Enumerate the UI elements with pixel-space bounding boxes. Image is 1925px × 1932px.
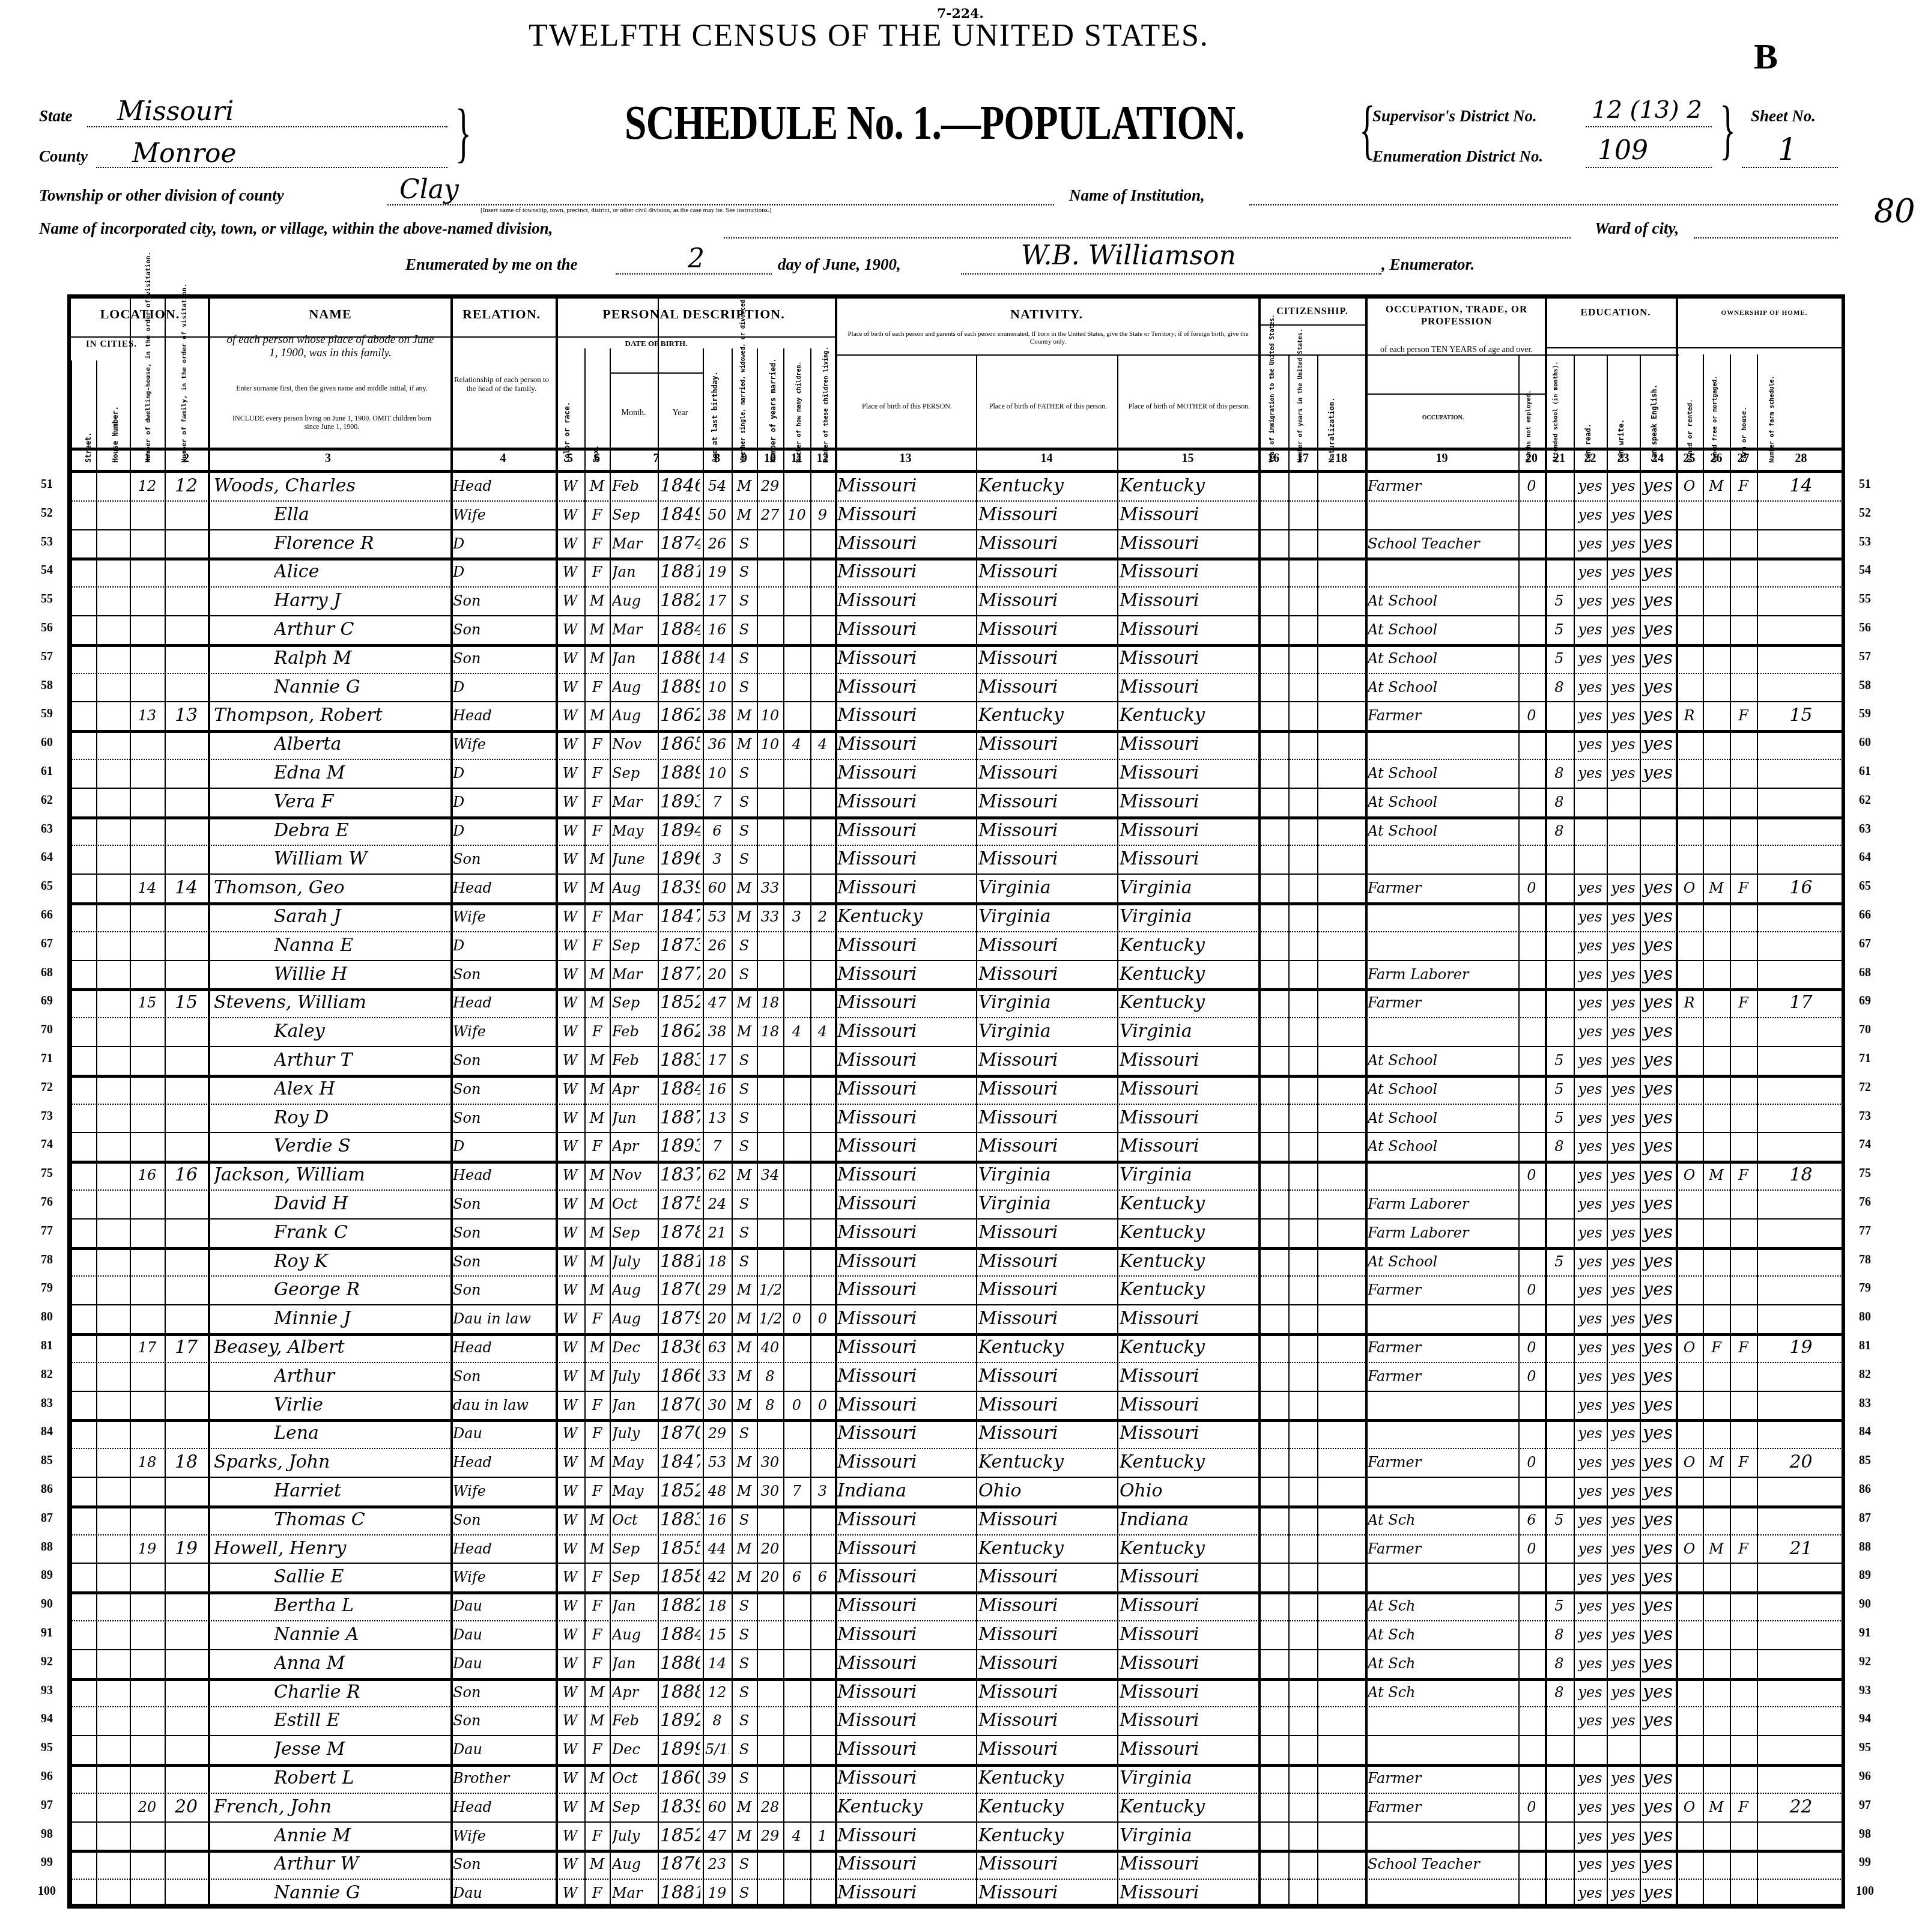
cell-yrs-married[interactable]: 34 [759,1162,781,1188]
cell-owned[interactable]: O [1678,1162,1700,1188]
cell-age[interactable]: 13 [705,1105,729,1131]
cell-sex[interactable]: M [587,989,607,1016]
cell-write[interactable]: yes [1609,875,1637,901]
cell-color[interactable]: W [558,473,582,499]
cell-mother[interactable]: Missouri [1120,1679,1256,1706]
cell-year[interactable]: 1875 [660,1191,700,1217]
cell-birth[interactable]: Missouri [837,1363,974,1390]
cell-month[interactable]: Jan [612,1650,655,1677]
cell-english[interactable]: yes [1642,588,1673,614]
cell-farm[interactable]: F [1732,473,1754,499]
cell-yrs-married[interactable]: 29 [759,1823,781,1849]
cell-relation[interactable]: Dau [453,1420,553,1447]
cell-mother[interactable]: Missouri [1120,1420,1256,1447]
cell-name[interactable]: George R [274,1277,442,1303]
cell-marital[interactable]: M [734,473,754,499]
cell-name[interactable]: Alex H [274,1076,442,1102]
cell-age[interactable]: 50 [705,502,729,528]
cell-relation[interactable]: Dau [453,1621,553,1648]
cell-english[interactable]: yes [1642,760,1673,786]
cell-marital[interactable]: M [734,1305,754,1332]
cell-name[interactable]: Arthur W [274,1851,442,1877]
cell-yrs-married[interactable]: 1/2 [759,1305,781,1332]
cell-relation[interactable]: Dau [453,1593,553,1619]
cell-father[interactable]: Virginia [978,1162,1115,1188]
cell-color[interactable]: W [558,1277,582,1303]
cell-write[interactable]: yes [1609,702,1637,729]
cell-sex[interactable]: M [587,1536,607,1562]
cell-read[interactable]: yes [1576,1621,1604,1648]
cell-month[interactable]: Mar [612,904,655,930]
cell-age[interactable]: 12 [705,1679,729,1706]
cell-name[interactable]: Kaley [274,1018,442,1045]
cell-birth[interactable]: Missouri [837,760,974,786]
cell-read[interactable]: yes [1576,731,1604,758]
cell-unemployed[interactable]: 0 [1521,473,1542,499]
cell-father[interactable]: Kentucky [978,1823,1115,1849]
cell-read[interactable]: yes [1576,1420,1604,1447]
cell-marital[interactable]: S [734,559,754,585]
cell-mother[interactable]: Missouri [1120,1593,1256,1619]
cell-occupation[interactable]: Farmer [1368,473,1516,499]
cell-school[interactable]: 8 [1547,1621,1571,1648]
cell-relation[interactable]: D [453,1133,553,1159]
cell-father[interactable]: Missouri [978,559,1115,585]
cell-english[interactable]: yes [1642,1363,1673,1390]
cell-unemployed[interactable]: 0 [1521,1536,1542,1562]
cell-relation[interactable]: Dau in law [453,1305,553,1332]
cell-age[interactable]: 33 [705,1363,729,1390]
cell-english[interactable]: yes [1642,1707,1673,1734]
cell-mother[interactable]: Missouri [1120,818,1256,844]
cell-year[interactable]: 1862 [660,1018,700,1045]
cell-marital[interactable]: S [734,1248,754,1275]
cell-sex[interactable]: F [587,1392,607,1418]
cell-birth[interactable]: Missouri [837,846,974,872]
cell-year[interactable]: 1887 [660,1105,700,1131]
cell-english[interactable]: yes [1642,473,1673,499]
cell-color[interactable]: W [558,1621,582,1648]
cell-father[interactable]: Missouri [978,1392,1115,1418]
cell-name[interactable]: Vera F [274,789,442,815]
cell-write[interactable]: yes [1609,1650,1637,1677]
cell-free[interactable]: M [1705,473,1727,499]
cell-occupation[interactable]: Farmer [1368,702,1516,729]
cell-read[interactable]: yes [1576,961,1604,988]
cell-birth[interactable]: Missouri [837,1823,974,1849]
cell-color[interactable]: W [558,559,582,585]
cell-year[interactable]: 1839 [660,1794,700,1820]
cell-age[interactable]: 53 [705,1449,729,1475]
cell-mother[interactable]: Missouri [1120,1621,1256,1648]
cell-english[interactable]: yes [1642,1105,1673,1131]
cell-unemployed[interactable]: 0 [1521,1449,1542,1475]
cell-read[interactable]: yes [1576,1334,1604,1361]
cell-age[interactable]: 44 [705,1536,729,1562]
cell-relation[interactable]: Wife [453,904,553,930]
cell-name[interactable]: Nannie A [274,1621,442,1648]
cell-sex[interactable]: M [587,1248,607,1275]
cell-marital[interactable]: M [734,1392,754,1418]
cell-relation[interactable]: Head [453,1162,553,1188]
cell-father[interactable]: Missouri [978,1133,1115,1159]
cell-read[interactable]: yes [1576,989,1604,1016]
cell-owned[interactable]: R [1678,989,1700,1016]
cell-month[interactable]: Sep [612,1220,655,1246]
cell-relation[interactable]: Son [453,1248,553,1275]
cell-year[interactable]: 1862 [660,702,700,729]
cell-color[interactable]: W [558,1765,582,1791]
cell-school[interactable]: 5 [1547,1076,1571,1102]
cell-birth[interactable]: Missouri [837,702,974,729]
cell-birth[interactable]: Missouri [837,1880,974,1906]
cell-mother[interactable]: Kentucky [1120,1277,1256,1303]
cell-month[interactable]: Aug [612,875,655,901]
cell-month[interactable]: June [612,846,655,872]
cell-age[interactable]: 15 [705,1621,729,1648]
cell-marital[interactable]: S [734,645,754,672]
cell-age[interactable]: 26 [705,530,729,557]
cell-schedule[interactable]: 20 [1759,1449,1843,1475]
cell-write[interactable]: yes [1609,1851,1637,1877]
cell-month[interactable]: Nov [612,731,655,758]
cell-mother[interactable]: Missouri [1120,502,1256,528]
cell-occupation[interactable]: Farmer [1368,875,1516,901]
cell-year[interactable]: 1836 [660,1334,700,1361]
cell-birth[interactable]: Missouri [837,1133,974,1159]
cell-birth[interactable]: Missouri [837,1621,974,1648]
cell-english[interactable]: yes [1642,1536,1673,1562]
cell-age[interactable]: 38 [705,1018,729,1045]
cell-school[interactable]: 5 [1547,1507,1571,1533]
cell-name[interactable]: Nannie G [274,1880,442,1906]
cell-mother[interactable]: Ohio [1120,1478,1256,1504]
cell-sex[interactable]: M [587,1334,607,1361]
cell-birth[interactable]: Missouri [837,588,974,614]
cell-year[interactable]: 1886 [660,1650,700,1677]
cell-yrs-married[interactable]: 20 [759,1564,781,1590]
cell-english[interactable]: yes [1642,1478,1673,1504]
cell-mother[interactable]: Missouri [1120,559,1256,585]
cell-mother[interactable]: Virginia [1120,904,1256,930]
cell-father[interactable]: Missouri [978,530,1115,557]
cell-father[interactable]: Kentucky [978,702,1115,729]
cell-color[interactable]: W [558,818,582,844]
cell-color[interactable]: W [558,1679,582,1706]
cell-read[interactable]: yes [1576,1823,1604,1849]
cell-year[interactable]: 1870 [660,1420,700,1447]
cell-marital[interactable]: M [734,989,754,1016]
cell-year[interactable]: 1879 [660,1305,700,1332]
cell-yrs-married[interactable]: 18 [759,1018,781,1045]
cell-schedule[interactable]: 21 [1759,1536,1843,1562]
cell-write[interactable]: yes [1609,1880,1637,1906]
cell-year[interactable]: 1847 [660,1449,700,1475]
cell-month[interactable]: July [612,1420,655,1447]
cell-english[interactable]: yes [1642,1564,1673,1590]
cell-occupation[interactable]: At Sch [1368,1507,1516,1533]
cell-read[interactable]: yes [1576,1880,1604,1906]
cell-owned[interactable]: R [1678,702,1700,729]
cell-mother[interactable]: Kentucky [1120,702,1256,729]
cell-read[interactable]: yes [1576,1593,1604,1619]
cell-family[interactable]: 12 [167,473,205,499]
cell-father[interactable]: Missouri [978,502,1115,528]
cell-month[interactable]: Aug [612,1621,655,1648]
cell-farm[interactable]: F [1732,989,1754,1016]
cell-father[interactable]: Missouri [978,932,1115,959]
sheet-field[interactable]: 1 [1778,132,1797,167]
cell-relation[interactable]: Son [453,1220,553,1246]
cell-write[interactable]: yes [1609,1220,1637,1246]
cell-family[interactable]: 17 [167,1334,205,1361]
cell-yrs-married[interactable]: 27 [759,502,781,528]
cell-year[interactable]: 1865 [660,731,700,758]
cell-month[interactable]: Sep [612,1564,655,1590]
cell-name[interactable]: Ella [274,502,442,528]
cell-name[interactable]: Howell, Henry [214,1536,442,1562]
cell-yrs-married[interactable]: 33 [759,875,781,901]
cell-year[interactable]: 1892 [660,1707,700,1734]
cell-birth[interactable]: Missouri [837,1449,974,1475]
cell-name[interactable]: Thompson, Robert [214,702,442,729]
cell-english[interactable]: yes [1642,875,1673,901]
cell-occupation[interactable]: Farm Laborer [1368,1191,1516,1217]
cell-color[interactable]: W [558,674,582,700]
cell-write[interactable]: yes [1609,1478,1637,1504]
cell-month[interactable]: July [612,1363,655,1390]
cell-marital[interactable]: S [734,1707,754,1734]
cell-year[interactable]: 1893 [660,1133,700,1159]
cell-write[interactable]: yes [1609,1420,1637,1447]
cell-birth[interactable]: Missouri [837,961,974,988]
cell-occupation[interactable]: At School [1368,760,1516,786]
cell-read[interactable]: yes [1576,1162,1604,1188]
cell-read[interactable]: yes [1576,1507,1604,1533]
cell-year[interactable]: 1870 [660,1277,700,1303]
cell-english[interactable]: yes [1642,1679,1673,1706]
cell-marital[interactable]: S [734,1621,754,1648]
cell-dwelling[interactable]: 18 [132,1449,162,1475]
cell-sex[interactable]: F [587,760,607,786]
cell-school[interactable]: 8 [1547,1133,1571,1159]
cell-marital[interactable]: S [734,1105,754,1131]
cell-name[interactable]: Stevens, William [214,989,442,1016]
cell-sex[interactable]: M [587,702,607,729]
cell-mother[interactable]: Missouri [1120,1392,1256,1418]
cell-year[interactable]: 1852 [660,1478,700,1504]
cell-birth[interactable]: Missouri [837,1392,974,1418]
cell-write[interactable]: yes [1609,1707,1637,1734]
cell-marital[interactable]: S [734,530,754,557]
cell-mother[interactable]: Kentucky [1120,1220,1256,1246]
cell-color[interactable]: W [558,1133,582,1159]
cell-father[interactable]: Missouri [978,1621,1115,1648]
cell-marital[interactable]: S [734,760,754,786]
cell-family[interactable]: 14 [167,875,205,901]
cell-color[interactable]: W [558,1162,582,1188]
cell-family[interactable]: 19 [167,1536,205,1562]
cell-color[interactable]: W [558,1047,582,1074]
cell-year[interactable]: 1852 [660,989,700,1016]
cell-month[interactable]: Jan [612,645,655,672]
cell-dwelling[interactable]: 15 [132,989,162,1016]
cell-year[interactable]: 1873 [660,932,700,959]
cell-occupation[interactable]: At Sch [1368,1593,1516,1619]
cell-marital[interactable]: S [734,1420,754,1447]
cell-year[interactable]: 1883 [660,1507,700,1533]
cell-month[interactable]: Mar [612,1880,655,1906]
cell-write[interactable]: yes [1609,989,1637,1016]
cell-mother[interactable]: Virginia [1120,875,1256,901]
cell-occupation[interactable]: Farmer [1368,1449,1516,1475]
cell-marital[interactable]: S [734,1765,754,1791]
cell-month[interactable]: Feb [612,473,655,499]
cell-sex[interactable]: M [587,1363,607,1390]
cell-month[interactable]: Dec [612,1334,655,1361]
cell-name[interactable]: Thomson, Geo [214,875,442,901]
cell-marital[interactable]: S [734,616,754,643]
cell-mother[interactable]: Virginia [1120,1823,1256,1849]
cell-marital[interactable]: M [734,1363,754,1390]
cell-father[interactable]: Missouri [978,1076,1115,1102]
cell-father[interactable]: Virginia [978,1191,1115,1217]
cell-sex[interactable]: F [587,674,607,700]
cell-father[interactable]: Kentucky [978,1334,1115,1361]
cell-birth[interactable]: Missouri [837,1536,974,1562]
cell-age[interactable]: 18 [705,1248,729,1275]
cell-father[interactable]: Kentucky [978,1765,1115,1791]
cell-read[interactable]: yes [1576,1363,1604,1390]
cell-write[interactable]: yes [1609,588,1637,614]
cell-color[interactable]: W [558,731,582,758]
cell-month[interactable]: Sep [612,502,655,528]
cell-family[interactable]: 15 [167,989,205,1016]
cell-name[interactable]: Arthur [274,1363,442,1390]
cell-read[interactable]: yes [1576,1047,1604,1074]
cell-birth[interactable]: Missouri [837,674,974,700]
cell-year[interactable]: 1852 [660,1823,700,1849]
cell-relation[interactable]: Son [453,1707,553,1734]
enumeration-field[interactable]: 109 [1598,135,1648,166]
cell-mother[interactable]: Missouri [1120,1076,1256,1102]
cell-father[interactable]: Missouri [978,731,1115,758]
cell-dwelling[interactable]: 16 [132,1162,162,1188]
cell-year[interactable]: 1882 [660,1593,700,1619]
cell-age[interactable]: 36 [705,731,729,758]
cell-color[interactable]: W [558,961,582,988]
cell-age[interactable]: 8 [705,1707,729,1734]
cell-english[interactable]: yes [1642,1621,1673,1648]
cell-free[interactable]: M [1705,1162,1727,1188]
cell-write[interactable]: yes [1609,502,1637,528]
cell-year[interactable]: 1888 [660,1679,700,1706]
cell-name[interactable]: Alice [274,559,442,585]
cell-sex[interactable]: F [587,1420,607,1447]
cell-age[interactable]: 20 [705,1305,729,1332]
cell-english[interactable]: yes [1642,1133,1673,1159]
cell-name[interactable]: Alberta [274,731,442,758]
cell-read[interactable]: yes [1576,1133,1604,1159]
cell-occupation[interactable]: At Sch [1368,1621,1516,1648]
cell-name[interactable]: Minnie J [274,1305,442,1332]
cell-name[interactable]: Sparks, John [214,1449,442,1475]
cell-age[interactable]: 17 [705,588,729,614]
cell-farm[interactable]: F [1732,1334,1754,1361]
cell-sex[interactable]: M [587,1191,607,1217]
cell-mother[interactable]: Kentucky [1120,932,1256,959]
cell-occupation[interactable]: Farmer [1368,1794,1516,1820]
cell-write[interactable]: yes [1609,932,1637,959]
cell-birth[interactable]: Missouri [837,989,974,1016]
cell-father[interactable]: Virginia [978,904,1115,930]
cell-english[interactable]: yes [1642,1191,1673,1217]
cell-read[interactable]: yes [1576,588,1604,614]
cell-year[interactable]: 1893 [660,789,700,815]
cell-father[interactable]: Kentucky [978,1449,1115,1475]
cell-marital[interactable]: M [734,875,754,901]
cell-color[interactable]: W [558,1478,582,1504]
cell-name[interactable]: Anna M [274,1650,442,1677]
cell-birth[interactable]: Missouri [837,1507,974,1533]
cell-month[interactable]: Feb [612,1018,655,1045]
cell-age[interactable]: 24 [705,1191,729,1217]
cell-mother[interactable]: Missouri [1120,616,1256,643]
cell-read[interactable]: yes [1576,1305,1604,1332]
cell-month[interactable]: Oct [612,1191,655,1217]
cell-family[interactable]: 13 [167,702,205,729]
cell-birth[interactable]: Missouri [837,1162,974,1188]
cell-birth[interactable]: Missouri [837,932,974,959]
cell-sex[interactable]: F [587,1621,607,1648]
cell-farm[interactable]: F [1732,875,1754,901]
cell-mother[interactable]: Missouri [1120,588,1256,614]
cell-sex[interactable]: F [587,1133,607,1159]
cell-name[interactable]: Robert L [274,1765,442,1791]
cell-name[interactable]: Florence R [274,530,442,557]
cell-write[interactable]: yes [1609,473,1637,499]
cell-birth[interactable]: Missouri [837,875,974,901]
cell-sex[interactable]: M [587,846,607,872]
cell-yrs-married[interactable]: 30 [759,1449,781,1475]
cell-father[interactable]: Kentucky [978,1794,1115,1820]
cell-birth[interactable]: Missouri [837,1248,974,1275]
cell-relation[interactable]: Head [453,1794,553,1820]
cell-relation[interactable]: Head [453,473,553,499]
cell-write[interactable]: yes [1609,1507,1637,1533]
cell-month[interactable]: Apr [612,1076,655,1102]
cell-relation[interactable]: Son [453,1105,553,1131]
cell-owned[interactable]: O [1678,1536,1700,1562]
cell-age[interactable]: 14 [705,1650,729,1677]
cell-read[interactable]: yes [1576,875,1604,901]
cell-dwelling[interactable]: 19 [132,1536,162,1562]
cell-father[interactable]: Missouri [978,961,1115,988]
cell-father[interactable]: Missouri [978,1277,1115,1303]
cell-relation[interactable]: Dau [453,1736,553,1763]
cell-color[interactable]: W [558,702,582,729]
cell-read[interactable]: yes [1576,1650,1604,1677]
cell-english[interactable]: yes [1642,1851,1673,1877]
cell-marital[interactable]: S [734,1880,754,1906]
cell-age[interactable]: 29 [705,1420,729,1447]
cell-birth[interactable]: Missouri [837,645,974,672]
cell-mother[interactable]: Missouri [1120,1650,1256,1677]
cell-write[interactable]: yes [1609,760,1637,786]
cell-month[interactable]: Oct [612,1507,655,1533]
cell-color[interactable]: W [558,1507,582,1533]
cell-birth[interactable]: Missouri [837,1736,974,1763]
